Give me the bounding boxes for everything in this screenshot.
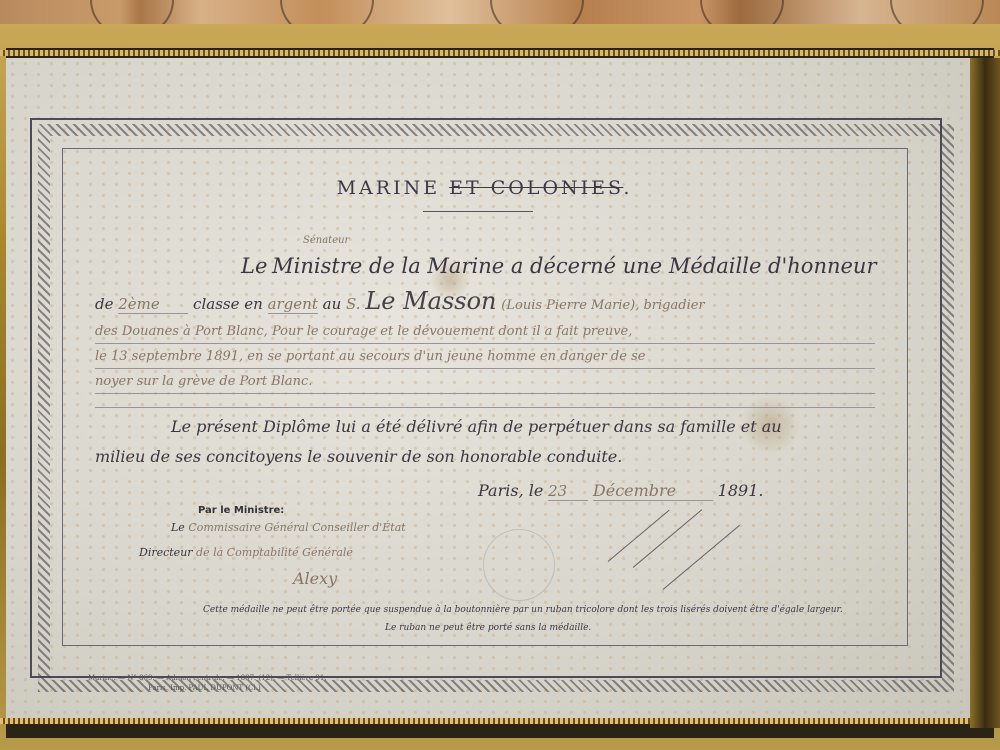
title-flourish [423, 211, 533, 214]
embossed-seal [483, 529, 555, 601]
signatory-line-2: Directeur de la Comptabilité Générale [139, 546, 353, 559]
dateline: Paris, le 23 Décembre 1891. [478, 481, 763, 501]
body-line-5: noyer sur la grève de Port Blanc. [95, 374, 312, 389]
ruled-line [95, 343, 875, 344]
ruled-line [95, 393, 875, 394]
signatory-line-1: Le Commissaire Général Conseiller d'État [171, 521, 406, 534]
ruled-line [95, 407, 875, 408]
title-marine: MARINE [337, 177, 440, 199]
frame-beading-bottom [0, 718, 1000, 724]
title-et-colonies-struck: ET COLONIES [449, 177, 623, 199]
signature-right-stroke [608, 510, 670, 562]
recipient-name: Le Masson [365, 287, 496, 315]
document-title: MARINE ET COLONIES. [63, 177, 906, 199]
par-le-ministre: Par le Ministre: [198, 505, 284, 516]
printer-imprint-line-1: Marine. — N° 869. — Admon centrale. — 18… [88, 674, 327, 682]
printer-imprint-line-2: Paris. Imp. PAUL DUPONT (Cl.) [148, 684, 261, 692]
body-line-4: le 13 septembre 1891, en se portant au s… [95, 349, 645, 364]
diploma-content: MARINE ET COLONIES. Sénateur Le Ministre… [63, 149, 906, 644]
body-line-3: des Douanes à Port Blanc, Pour le courag… [95, 324, 632, 339]
paragraph-2-line-2: milieu de ses concitoyens le souvenir de… [95, 447, 622, 466]
footnote-ribbon-rule: Cette médaille ne peut être portée que s… [203, 605, 843, 615]
paragraph-2-line-1: Le présent Diplôme lui a été délivré afi… [171, 417, 782, 436]
footnote-ribbon-only: Le ruban ne peut être porté sans la méda… [385, 623, 591, 633]
ruled-line [95, 368, 875, 369]
body-line-2: de 2ème classe en argent au S. Le Masson… [95, 287, 705, 315]
frame-beading-top [0, 50, 1000, 56]
signature-left: Alexy [293, 569, 337, 588]
signature-right-stroke [663, 525, 740, 590]
frame-right-edge [970, 58, 1000, 728]
body-line-1: Le Ministre de la Marine a décerné une M… [241, 254, 876, 278]
signature-right-stroke [633, 509, 703, 568]
annotation-senateur: Sénateur [303, 235, 349, 246]
